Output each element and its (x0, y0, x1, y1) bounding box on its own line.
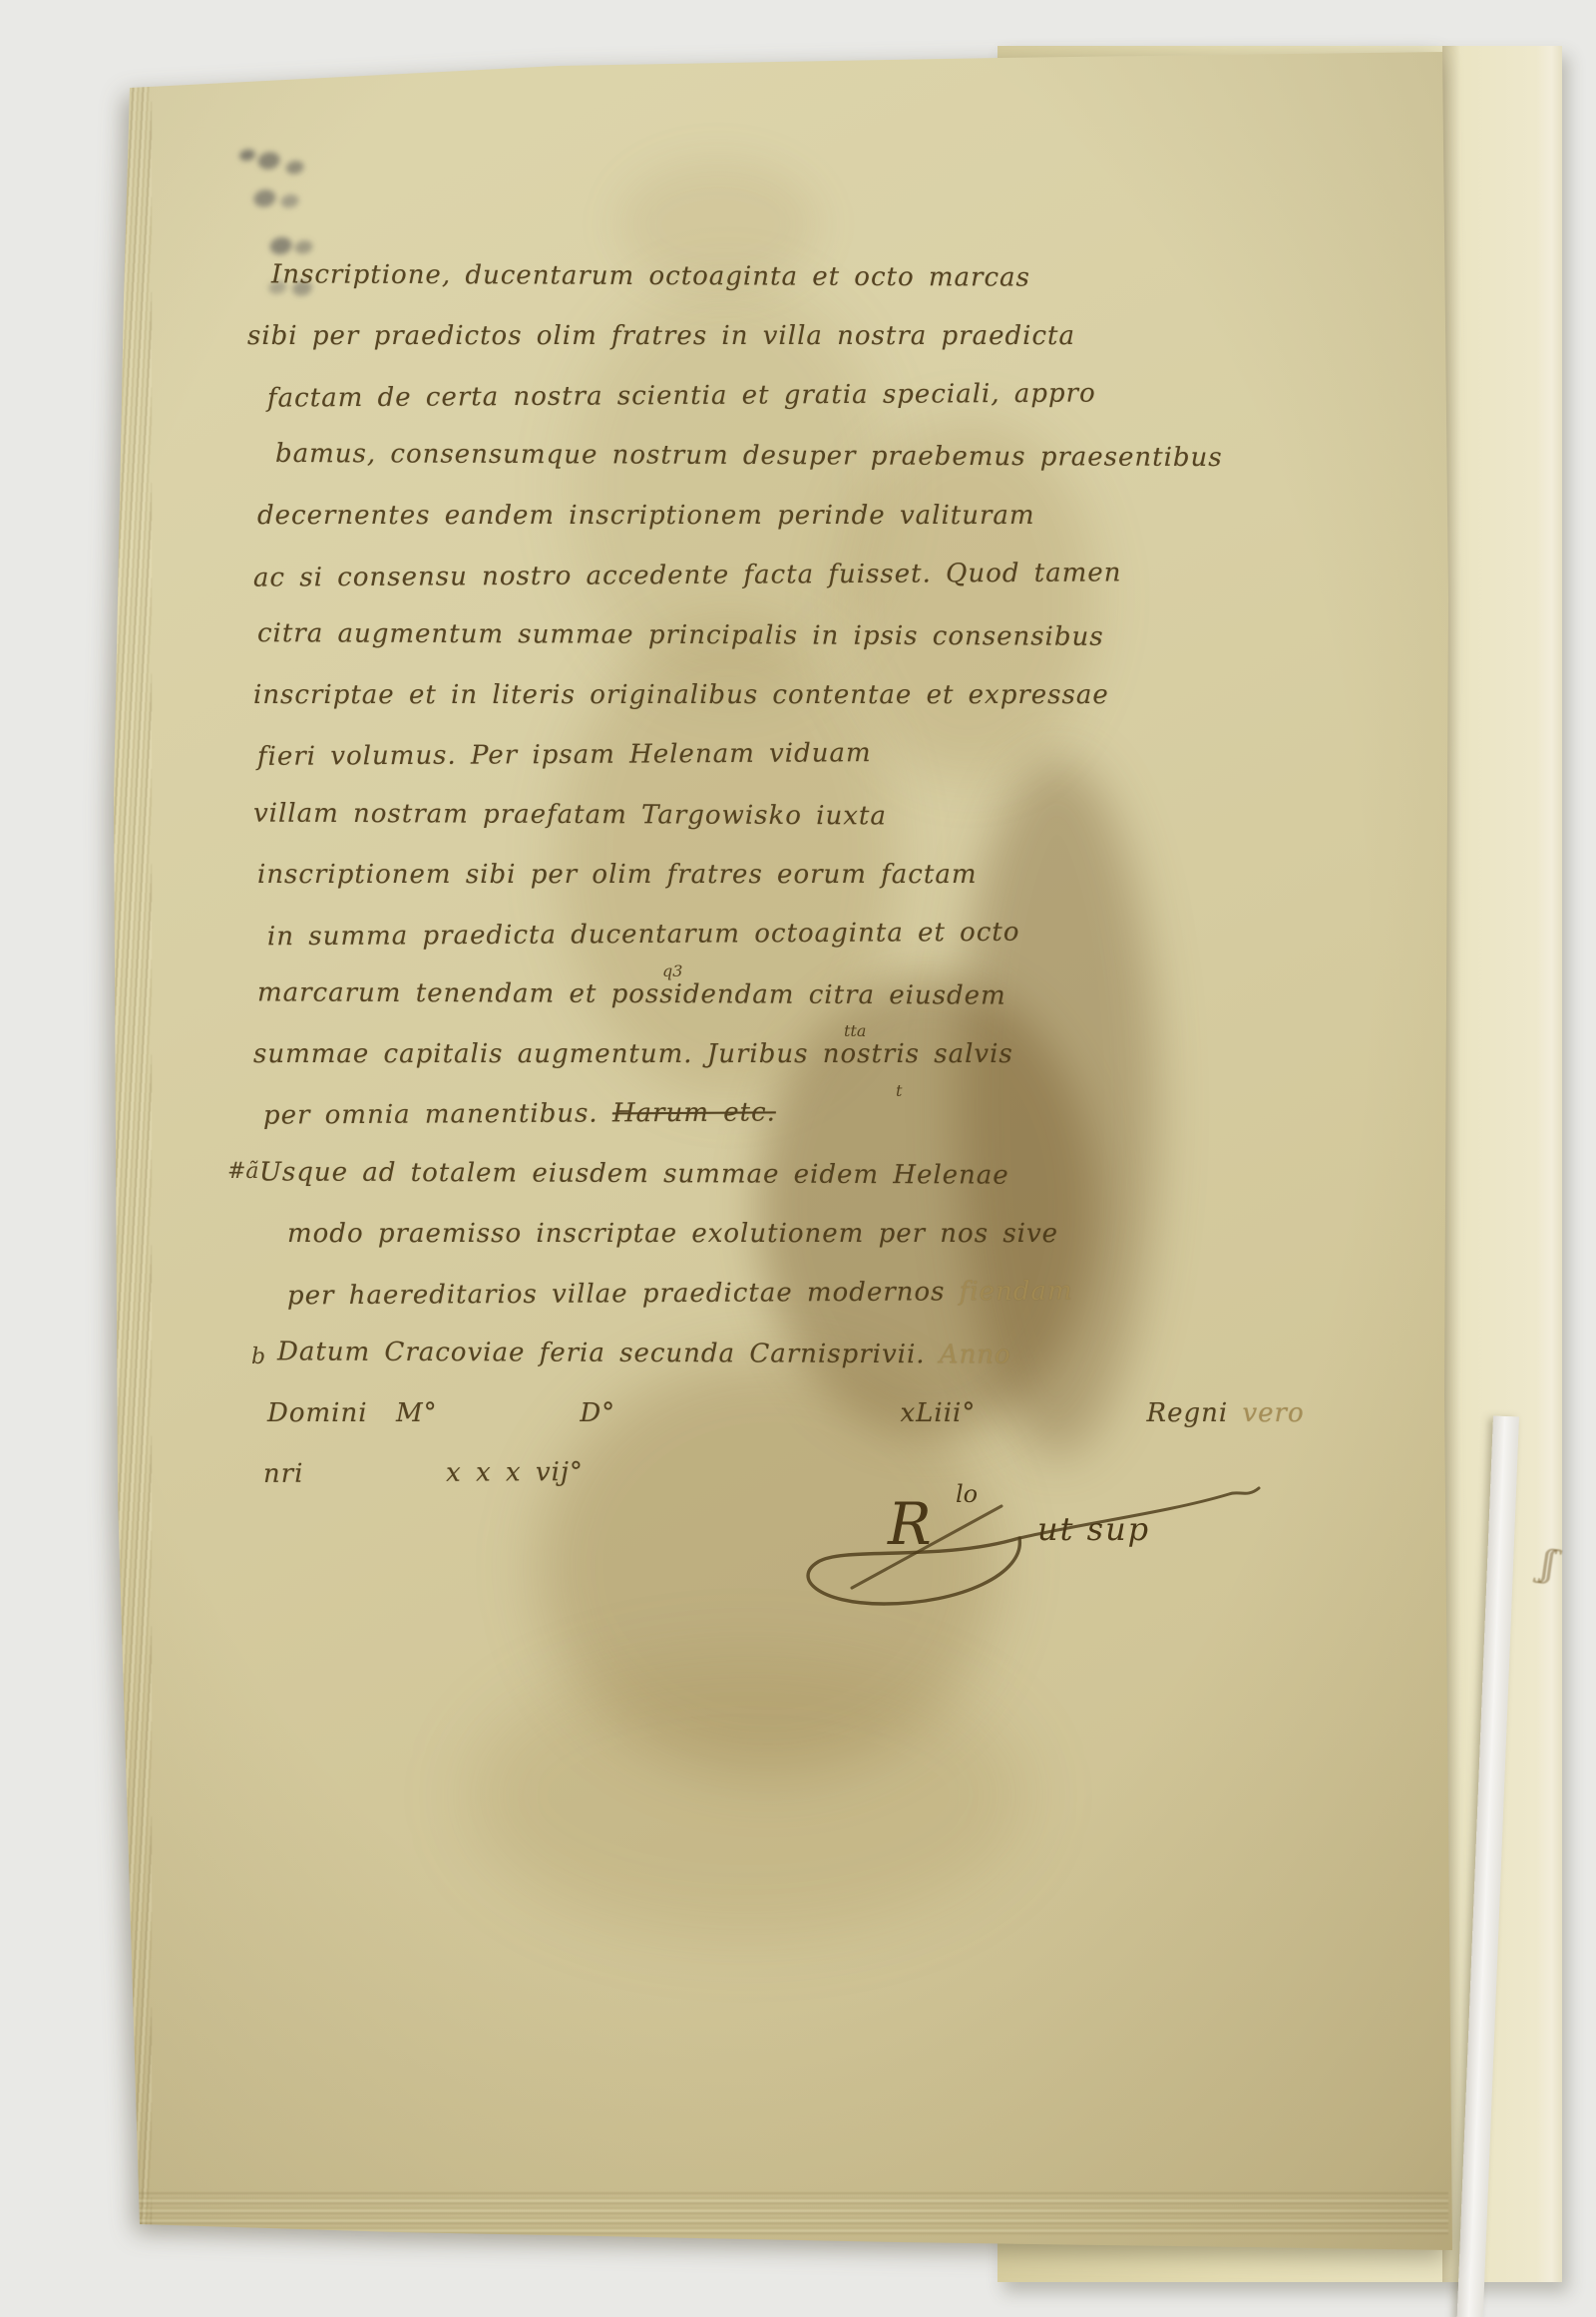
manuscript-page-wrap: Inscriptione, ducentarum octoaginta et o… (0, 0, 1596, 2317)
manuscript-text-segment: villam nostram praefatam Targowisko iuxt… (253, 799, 887, 832)
margin-insertion-mark: #ã (227, 1159, 259, 1184)
manuscript-text-segment: citra augmentum summae principalis in ip… (257, 618, 1104, 652)
manuscript-text-segment: Datum Cracoviae feria secunda Carnispriv… (277, 1337, 940, 1369)
manuscript-text-segment: ac si consensu nostro accedente facta fu… (253, 558, 1122, 592)
manuscript-text-segment: per omnia manentibus. (263, 1098, 612, 1130)
manuscript-line: sibi per praedictos olim fratres in vill… (247, 321, 1075, 351)
manuscript-line: fieri volumus. Per ipsam Helenam viduam (257, 738, 872, 772)
manuscript-line: summae capitalis augmentum. Juribus nost… (253, 1039, 1013, 1069)
manuscript-text-segment: vero (1242, 1398, 1304, 1428)
manuscript-text-segment: Anno (940, 1340, 1011, 1369)
manuscript-line: Domini M° D° xLiii° Regni vero (267, 1398, 1305, 1428)
manuscript-line: villam nostram praefatam Targowisko iuxt… (253, 799, 887, 832)
manuscript-line: inscriptae et in literis originalibus co… (253, 680, 1109, 710)
manuscript-line: per omnia manentibus. Harum etc. (263, 1097, 776, 1130)
manuscript-line: inscriptionem sibi per olim fratres eoru… (257, 860, 977, 890)
manuscript-line: Datum Cracoviae feria secunda Carnispriv… (277, 1337, 1011, 1369)
interlinear-addition: q3 (662, 962, 682, 980)
manuscript-text-segment: per haereditarios villae praedictae mode… (287, 1277, 960, 1311)
signature-initial: R (888, 1490, 932, 1558)
manuscript-line: bamus, consensumque nostrum desuper prae… (275, 439, 1223, 473)
interlinear-addition: t (896, 1081, 902, 1100)
interlinear-addition: tta (844, 1021, 866, 1040)
manuscript-text-segment: in summa praedicta ducentarum octoaginta… (267, 918, 1020, 953)
manuscript-line: nri x x x vij° (263, 1457, 584, 1489)
manuscript-line: in summa praedicta ducentarum octoaginta… (267, 918, 1020, 953)
manuscript-text-segment: sibi per praedictos olim fratres in vill… (247, 321, 1075, 351)
signature-superscript: lo (956, 1480, 978, 1508)
manuscript-line: Usque ad totalem eiusdem summae eidem He… (259, 1157, 1009, 1190)
manuscript-text-segment: summae capitalis augmentum. Juribus nost… (253, 1039, 1013, 1069)
manuscript-text-segment: fiendam (960, 1277, 1073, 1308)
margin-insertion-mark: b (251, 1345, 265, 1369)
manuscript-text-segment: modo praemisso inscriptae exolutionem pe… (287, 1219, 1058, 1249)
photograph: { "colors": { "photo_bg": "#e9e9e6", "pa… (0, 0, 1596, 2317)
manuscript-text-segment: nri x x x vij° (263, 1457, 584, 1489)
chancery-signature: R lo ut sup (788, 1476, 1287, 1646)
manuscript-text-segment: Domini M° D° xLiii° Regni (267, 1398, 1242, 1428)
manuscript-text-segment: decernentes eandem inscriptionem perinde… (257, 501, 1035, 531)
manuscript-line: marcarum tenendam et possidendam citra e… (257, 977, 1006, 1010)
manuscript-text-segment: Inscriptione, ducentarum octoaginta et o… (271, 259, 1030, 292)
manuscript-line: decernentes eandem inscriptionem perinde… (257, 501, 1035, 531)
manuscript-line: per haereditarios villae praedictae mode… (287, 1277, 1073, 1312)
manuscript-text-segment: bamus, consensumque nostrum desuper prae… (275, 439, 1223, 473)
manuscript-line: Inscriptione, ducentarum octoaginta et o… (271, 259, 1030, 292)
signature-rest: ut sup (1037, 1510, 1150, 1548)
manuscript-line: factam de certa nostra scientia et grati… (267, 378, 1096, 413)
signature-flourish (788, 1476, 1287, 1646)
manuscript-text-segment: Usque ad totalem eiusdem summae eidem He… (259, 1157, 1009, 1190)
manuscript-text-segment: marcarum tenendam et possidendam citra e… (257, 977, 1006, 1010)
manuscript-text-segment: factam de certa nostra scientia et grati… (267, 378, 1096, 413)
manuscript-text-segment: inscriptae et in literis originalibus co… (253, 680, 1109, 710)
manuscript-text-segment: inscriptionem sibi per olim fratres eoru… (257, 860, 977, 890)
manuscript-page: Inscriptione, ducentarum octoaginta et o… (0, 0, 1596, 2317)
manuscript-line: citra augmentum summae principalis in ip… (257, 618, 1104, 652)
manuscript-line: ac si consensu nostro accedente facta fu… (253, 558, 1122, 592)
manuscript-text-segment: Harum etc. (612, 1097, 776, 1128)
manuscript-line: modo praemisso inscriptae exolutionem pe… (287, 1219, 1058, 1249)
manuscript-text-segment: fieri volumus. Per ipsam Helenam viduam (257, 738, 872, 772)
